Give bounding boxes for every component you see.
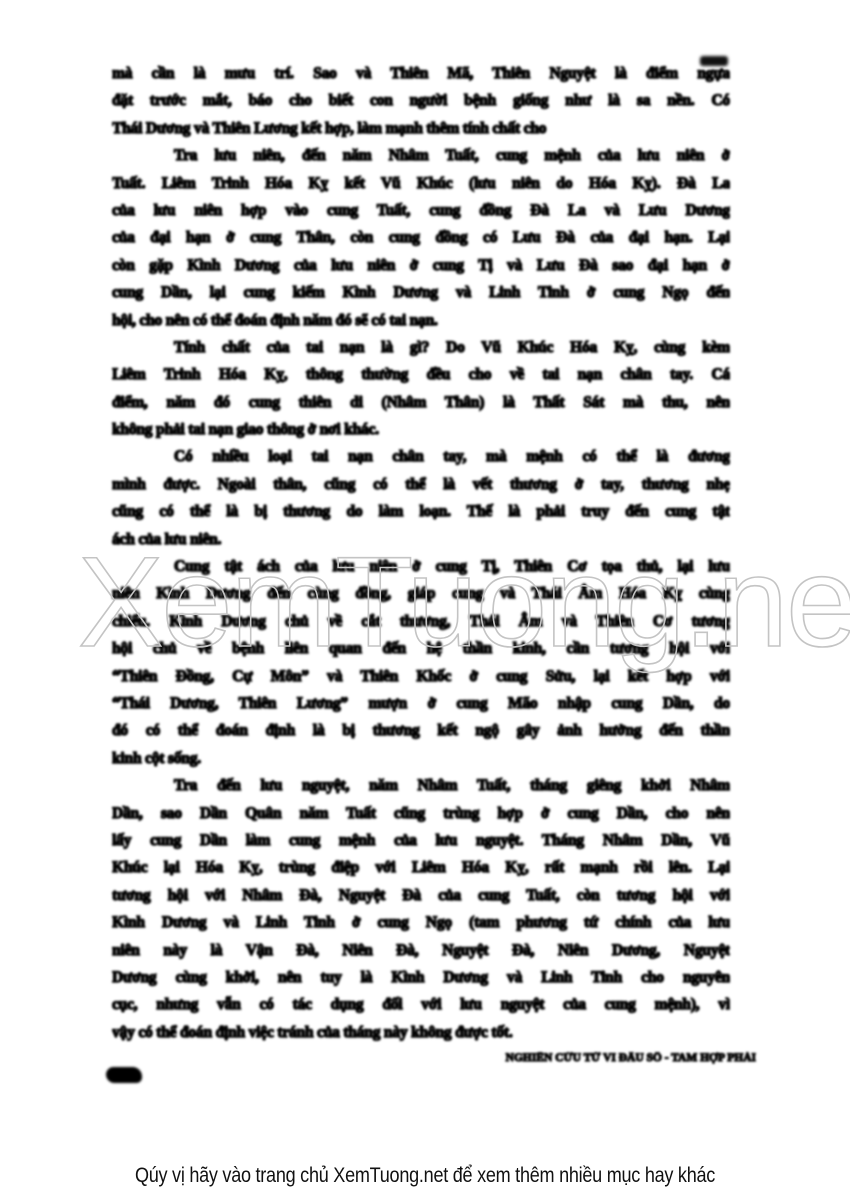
- scanned-page: mà cần là mưu trí. Sao và Thiên Mã, Thiê…: [0, 0, 850, 1140]
- text-line: Tra lưu niên, đến năm Nhâm Tuất, cung mệ…: [112, 142, 730, 169]
- running-footer: Nghiên cứu tử vi đẩu số - Tam hợp phái: [412, 1052, 756, 1064]
- text-line: Thái Dương và Thiên Lương kết hợp, làm m…: [112, 115, 730, 142]
- text-line: “Thiên Đồng, Cự Môn” và Thiên Khốc ở cun…: [112, 663, 730, 690]
- text-line: của đại hạn ở cung Thân, còn cung đồng c…: [112, 224, 730, 251]
- site-caption: Qúy vị hãy vào trang chủ XemTuong.net để…: [60, 1156, 791, 1196]
- text-line: lấy cung Dần làm cung mệnh của lưu nguyệ…: [112, 827, 730, 854]
- text-line: mà cần là mưu trí. Sao và Thiên Mã, Thiê…: [112, 60, 730, 87]
- text-line: Dần, sao Dần Quân năm Tuất cũng trùng hợ…: [112, 800, 730, 827]
- site-link[interactable]: XemTuong.net: [333, 1164, 448, 1187]
- text-line: Có nhiều loại tai nạn chân tay, mà mệnh …: [112, 443, 730, 470]
- text-line: vậy có thể đoán định việc tránh của thán…: [112, 1019, 730, 1046]
- text-line: mình được. Ngoài thân, cũng có thể là vế…: [112, 471, 730, 498]
- text-line: đó có thể đoán định là bị thương kết ngộ…: [112, 717, 730, 744]
- text-line: Dương cùng khởi, nên tuy là Kình Dương v…: [112, 964, 730, 991]
- text-line: hội chủ về bệnh liên quan đến hệ thần ki…: [112, 635, 730, 662]
- text-line: Cung tật ách của lưu niên ở cung Tị, Thi…: [112, 553, 730, 580]
- paragraph: Tính chất của tai nạn là gì? Do Vũ Khúc …: [112, 334, 730, 444]
- text-line: không phải tai nạn giao thông ở nơi khác…: [112, 416, 730, 443]
- text-line: niên Kình Dương đến cùng đồng, giáp cung…: [112, 580, 730, 607]
- text-line: chiếu. Kình Dương chủ về cắt thương, Thá…: [112, 608, 730, 635]
- text-line: của lưu niên hợp vào cung Tuất, cung đồn…: [112, 197, 730, 224]
- paragraph: Tra lưu niên, đến năm Nhâm Tuất, cung mệ…: [112, 142, 730, 334]
- page-number: 282: [106, 1067, 142, 1083]
- text-line: còn gặp Kình Dương của lưu niên ở cung T…: [112, 252, 730, 279]
- caption-suffix: để xem thêm nhiều mục hay khác: [448, 1164, 715, 1187]
- text-line: ách của lưu niên.: [112, 526, 730, 553]
- paragraph: mà cần là mưu trí. Sao và Thiên Mã, Thiê…: [112, 60, 730, 142]
- text-line: kinh cột sống.: [112, 745, 730, 772]
- text-line: điểm, năm đó cung thiên di (Nhâm Thân) l…: [112, 389, 730, 416]
- text-line: Tra đến lưu nguyệt, năm Nhâm Tuất, tháng…: [112, 772, 730, 799]
- text-line: hội, cho nên có thể đoán định năm đó sẽ …: [112, 307, 730, 334]
- text-line: Kình Dương và Linh Tinh ở cung Ngọ (tam …: [112, 909, 730, 936]
- text-line: Tuất. Liêm Trinh Hóa Kỵ kết Vũ Khúc (lưu…: [112, 170, 730, 197]
- text-line: cũng có thể là bị thương do làm loạn. Th…: [112, 498, 730, 525]
- caption-prefix: Qúy vị hãy vào trang chủ: [135, 1164, 333, 1187]
- body-text: mà cần là mưu trí. Sao và Thiên Mã, Thiê…: [112, 60, 730, 1046]
- paragraph: Tra đến lưu nguyệt, năm Nhâm Tuất, tháng…: [112, 772, 730, 1046]
- text-line: Tính chất của tai nạn là gì? Do Vũ Khúc …: [112, 334, 730, 361]
- text-line: cục, nhưng vẫn có tác dụng đối với lưu n…: [112, 991, 730, 1018]
- text-line: “Thái Dương, Thiên Lương” mượn ở cung Mã…: [112, 690, 730, 717]
- text-line: tương hội với Nhâm Đà, Nguyệt Đà của cun…: [112, 882, 730, 909]
- paragraph: Có nhiều loại tai nạn chân tay, mà mệnh …: [112, 443, 730, 553]
- text-line: Khúc lại Hóa Kỵ, trùng điệp với Liêm Hóa…: [112, 854, 730, 881]
- paragraph: Cung tật ách của lưu niên ở cung Tị, Thi…: [112, 553, 730, 772]
- text-line: đặt trước mắt, báo cho biết con người bệ…: [112, 87, 730, 114]
- text-line: Liêm Trinh Hóa Kỵ, thông thường đều cho …: [112, 361, 730, 388]
- text-line: cung Dần, lại cung kiếm Kình Dương và Li…: [112, 279, 730, 306]
- text-line: niên này là Vận Đà, Niên Đà, Nguyệt Đà, …: [112, 937, 730, 964]
